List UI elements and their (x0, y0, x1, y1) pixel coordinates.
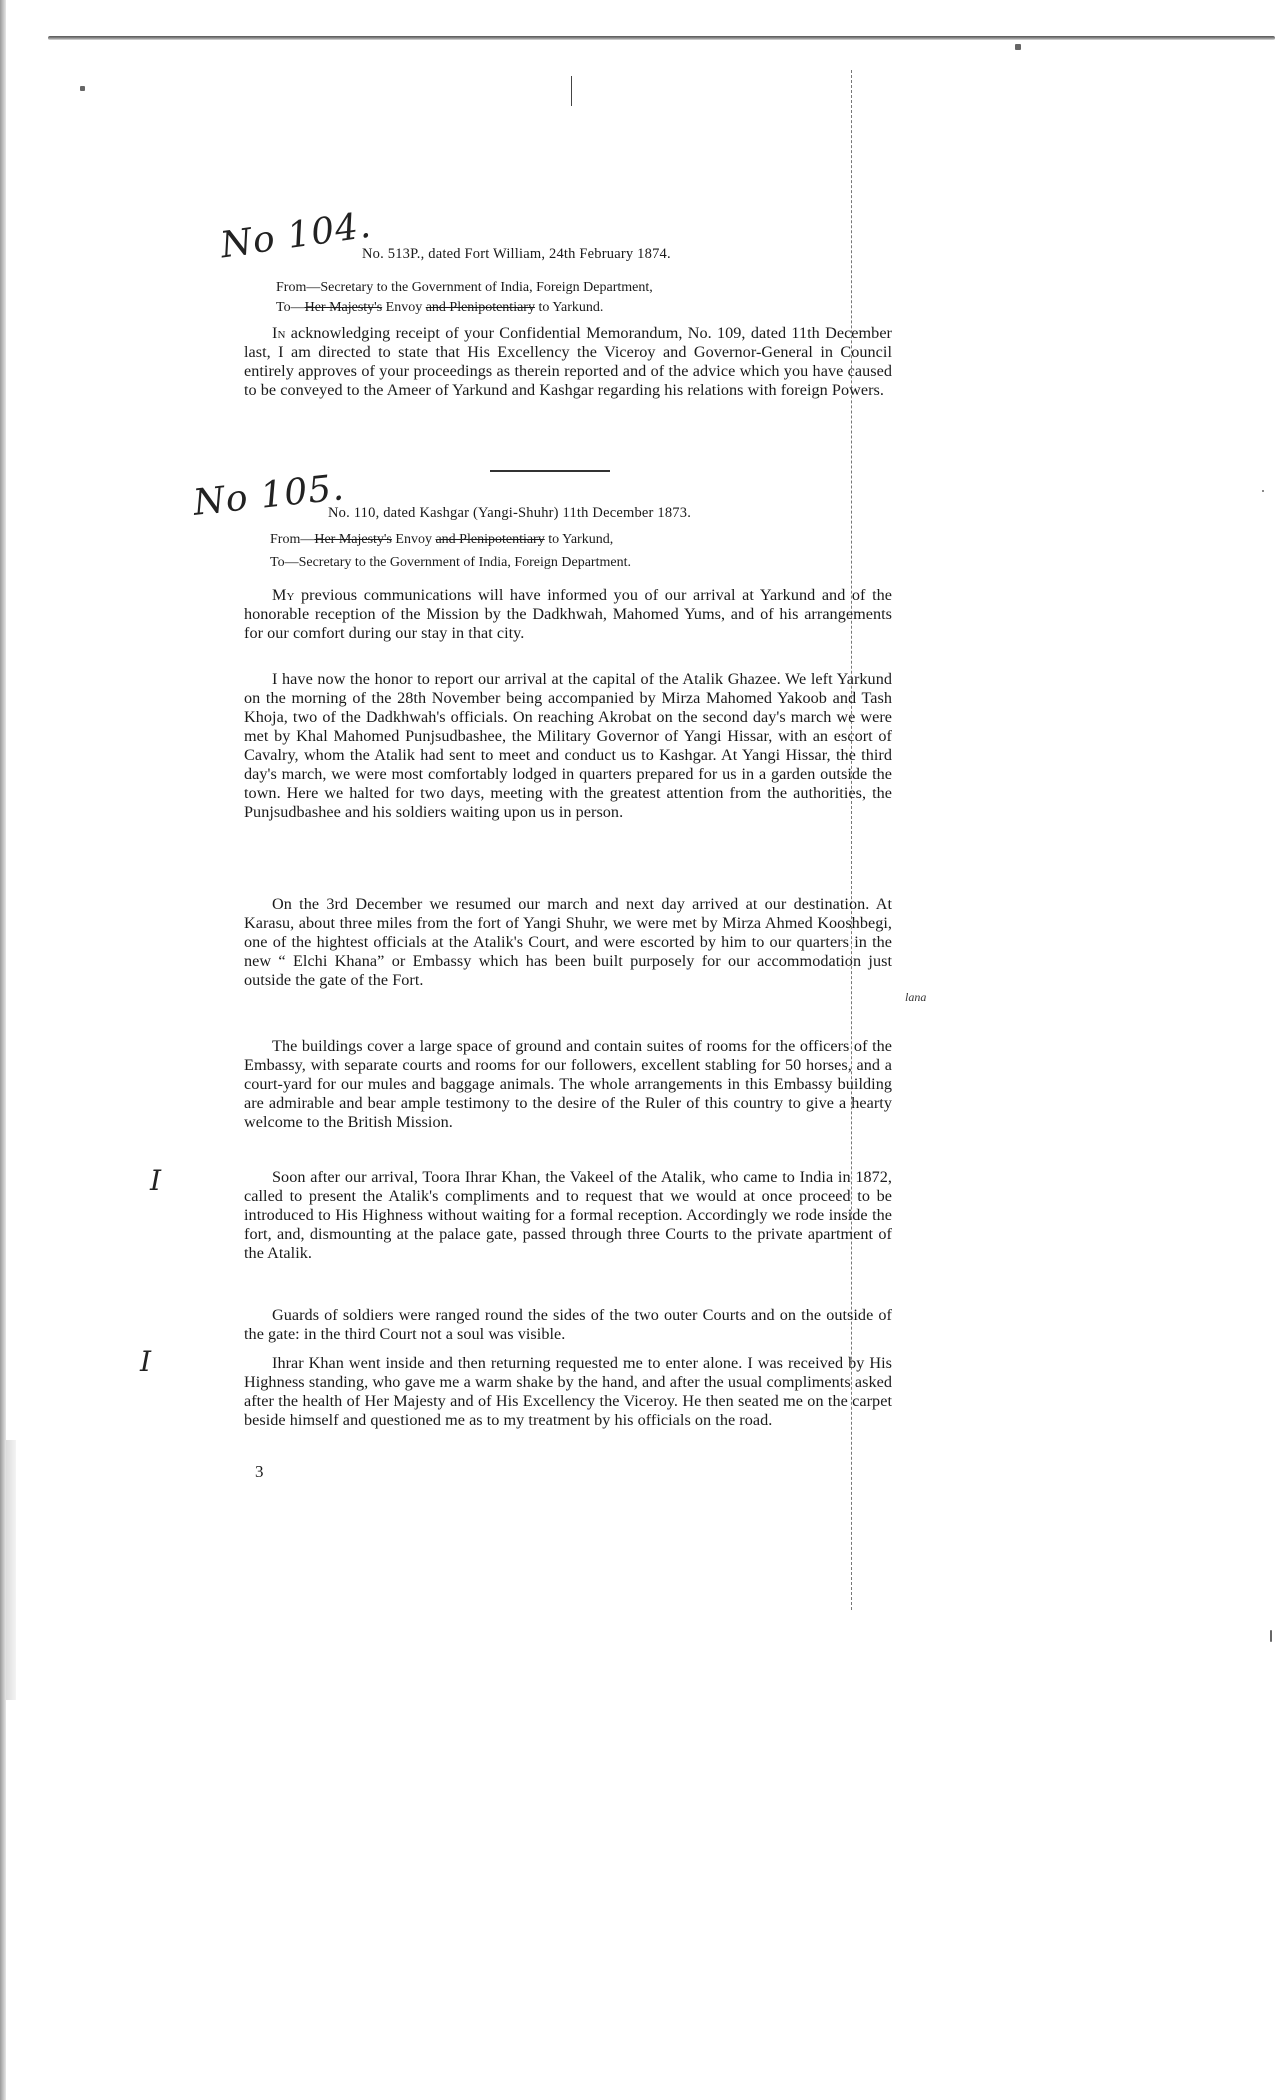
from-suffix: to Yarkund, (545, 532, 613, 547)
to-prefix: To— (270, 555, 299, 570)
letter-from: From—Secretary to the Government of Indi… (276, 278, 653, 298)
margin-mark: I (150, 1164, 162, 1197)
paragraph: On the 3rd December we resumed our march… (244, 895, 892, 990)
page-top-edge (48, 36, 1275, 40)
letter-to: To—Her Majesty's Envoy and Plenipotentia… (276, 298, 603, 318)
paragraph-lead: My (272, 586, 294, 604)
to-prefix: To— (276, 300, 305, 315)
paragraph-text: previous communications will have inform… (244, 586, 892, 642)
letter-heading: No. 513P., dated Fort William, 24th Febr… (362, 246, 671, 263)
handwritten-letter-number: No 104. (218, 205, 374, 267)
scan-artifact (6, 1440, 16, 1700)
from-prefix: From— (270, 532, 314, 547)
paragraph: Guards of soldiers were ranged round the… (244, 1306, 892, 1344)
from-middle: Envoy (392, 532, 436, 547)
handwritten-letter-number: No 105. (191, 467, 346, 524)
to-suffix: to Yarkund. (535, 300, 603, 315)
margin-annotation: lana (905, 990, 926, 1005)
letter-from: From—Her Majesty's Envoy and Plenipotent… (270, 530, 613, 550)
letter-heading: No. 110, dated Kashgar (Yangi-Shuhr) 11t… (328, 505, 691, 522)
struck-text: Her Majesty's (314, 532, 392, 547)
paragraph: Soon after our arrival, Toora Ihrar Khan… (244, 1168, 892, 1263)
paragraph-text: acknowledging receipt of your Confidenti… (244, 324, 892, 399)
paragraph: My previous communications will have inf… (244, 586, 892, 643)
from-text: Secretary to the Government of India, Fo… (320, 280, 652, 295)
margin-mark: I (140, 1345, 152, 1378)
scan-edge (0, 0, 6, 2100)
to-text: Secretary to the Government of India, Fo… (299, 555, 631, 570)
paragraph: I have now the honor to report our arriv… (244, 670, 892, 822)
paragraph: Ihrar Khan went inside and then returnin… (244, 1354, 892, 1430)
from-prefix: From— (276, 280, 320, 295)
letter-to: To—Secretary to the Government of India,… (270, 553, 631, 573)
struck-text: and Plenipotentiary (426, 300, 535, 315)
struck-text: Her Majesty's (305, 300, 383, 315)
struck-text: and Plenipotentiary (435, 532, 544, 547)
paragraph: In acknowledging receipt of your Confide… (244, 324, 892, 400)
fold-mark (571, 76, 572, 106)
to-middle: Envoy (382, 300, 426, 315)
section-divider (490, 470, 610, 472)
paragraph: The buildings cover a large space of gro… (244, 1037, 892, 1132)
page-number: 3 (255, 1462, 264, 1482)
paragraph-lead: In (272, 324, 285, 342)
